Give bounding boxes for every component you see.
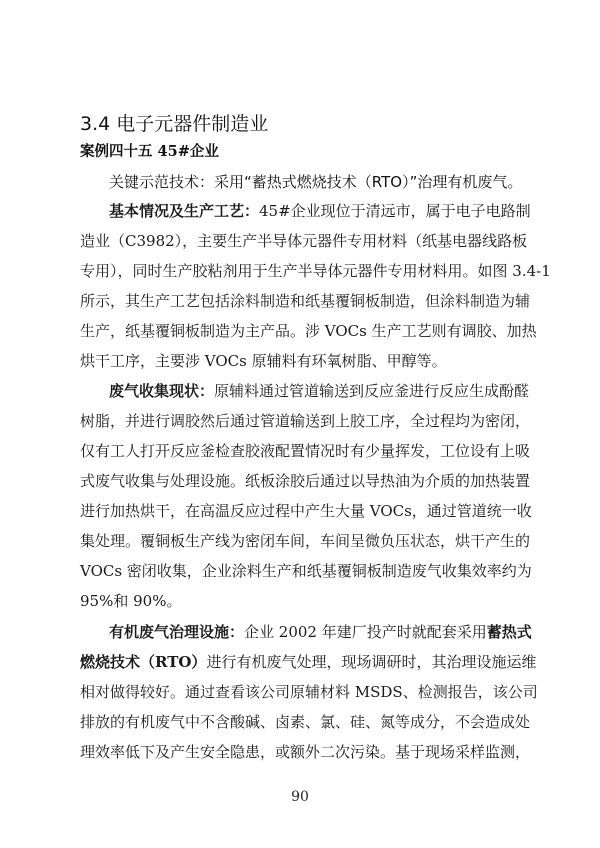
- document-page: 3.4 电子元器件制造业 案例四十五 45#企业 关键示范技术：采用“蓄热式燃烧…: [0, 0, 600, 848]
- paragraph-treatment-line: 有机废气治理设施：企业 2002 年建厂投产时就配套采用蓄热式: [109, 620, 526, 644]
- paragraph-collection-line: 树脂，并进行调胶然后通过管道输送到上胶工序，全过程均为密闭，: [80, 409, 526, 433]
- page-number: 90: [0, 789, 600, 805]
- paragraph-treatment-line: 理效率低下及产生安全隐患，或额外二次污染。基于现场采样监测，: [80, 740, 526, 764]
- paragraph-collection-line: 95%和 90%。: [80, 589, 526, 613]
- emphasis-text: 燃烧技术（RTO）: [80, 653, 206, 671]
- case-title: 案例四十五 45#企业: [80, 141, 219, 163]
- paragraph-basic-line: 烘干工序，主要涉 VOCs 原辅料有环氧树脂、甲醇等。: [80, 349, 526, 373]
- text-run: 企业 2002 年建厂投产时就配套采用: [244, 623, 487, 641]
- paragraph-collection-line: 式废气收集与处理设施。纸板涂胶后通过以导热油为介质的加热装置: [80, 469, 526, 493]
- paragraph-collection-line: 仅有工人打开反应釜检查胶液配置情况时有少量挥发，工位设有上吸: [80, 439, 526, 463]
- text-run: 原辅料通过管道输送到反应釜进行反应生成酚醛: [214, 382, 529, 400]
- paragraph-collection-line: 进行加热烘干，在高温反应过程中产生大量 VOCs，通过管道统一收: [80, 499, 526, 523]
- paragraph-basic-line: 所示，其生产工艺包括涂料制造和纸基覆铜板制造，但涂料制造为辅: [80, 289, 526, 313]
- paragraph-collection-line: 废气收集现状：原辅料通过管道输送到反应釜进行反应生成酚醛: [109, 379, 526, 403]
- paragraph-treatment-line: 相对做得较好。通过查看该公司原辅材料 MSDS、检测报告，该公司: [80, 680, 526, 704]
- paragraph-collection-line: VOCs 密闭收集，企业涂料生产和纸基覆铜板制造废气收集效率约为: [80, 559, 526, 583]
- paragraph-label: 废气收集现状：: [109, 382, 214, 400]
- text-run: 45#企业现位于清远市，属于电子电路制: [259, 202, 531, 220]
- section-heading: 3.4 电子元器件制造业: [80, 110, 268, 138]
- paragraph-basic-line: 造业（C3982），主要生产半导体元器件专用材料（纸基电器线路板: [80, 229, 526, 253]
- paragraph-treatment-line: 燃烧技术（RTO）进行有机废气处理，现场调研时，其治理设施运维: [80, 650, 526, 674]
- paragraph-label: 基本情况及生产工艺：: [109, 202, 259, 220]
- paragraph-basic-line: 生产，纸基覆铜板制造为主产品。涉 VOCs 生产工艺则有调胶、加热: [80, 319, 526, 343]
- text-run: 进行有机废气处理，现场调研时，其治理设施运维: [206, 653, 536, 671]
- paragraph-basic-line: 专用），同时生产胶粘剂用于生产半导体元器件专用材料用。如图 3.4-1: [80, 259, 526, 283]
- key-technology-statement: 关键示范技术：采用“蓄热式燃烧技术（RTO）”治理有机废气。: [109, 170, 522, 194]
- emphasis-text: 蓄热式: [487, 623, 532, 641]
- paragraph-collection-line: 集处理。覆铜板生产线为密闭车间，车间呈微负压状态，烘干产生的: [80, 529, 526, 553]
- paragraph-label: 有机废气治理设施：: [109, 623, 244, 641]
- paragraph-treatment-line: 排放的有机废气中不含酸碱、卤素、氯、硅、氮等成分，不会造成处: [80, 710, 526, 734]
- paragraph-basic-line: 基本情况及生产工艺：45#企业现位于清远市，属于电子电路制: [109, 199, 526, 223]
